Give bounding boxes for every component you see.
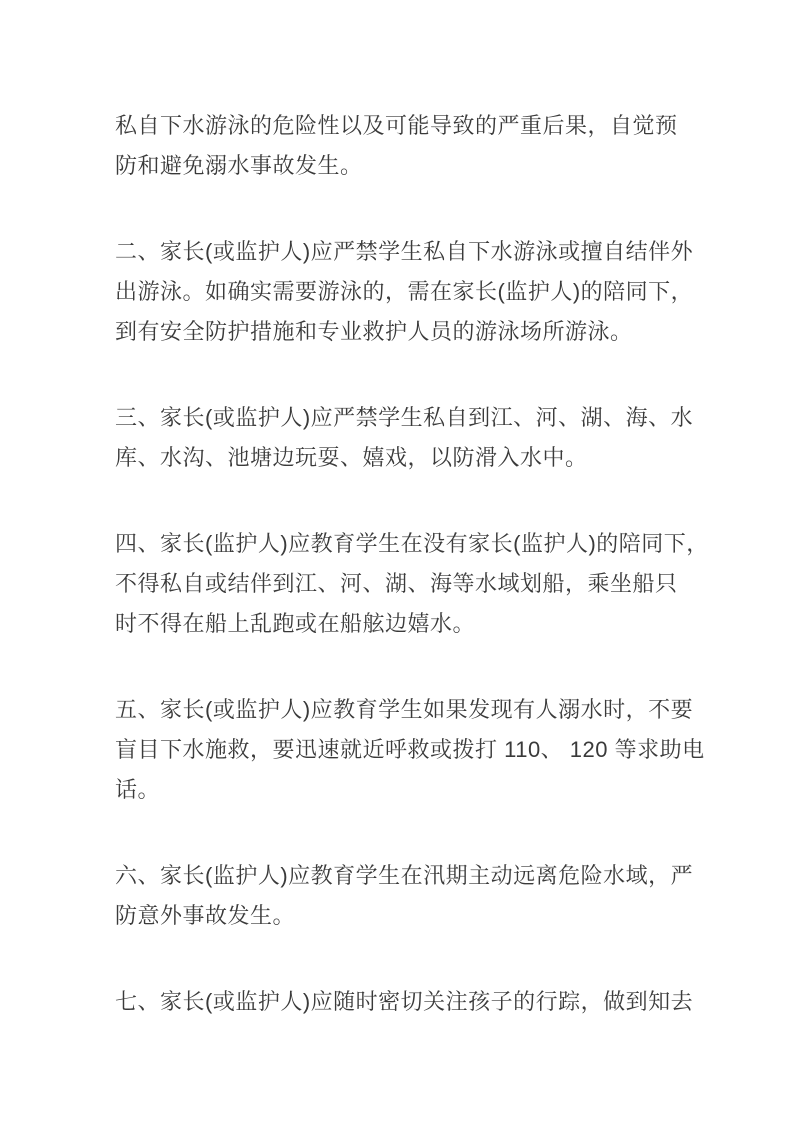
text-line: 六、家长(监护人)应教育学生在汛期主动远离危险水域，严 <box>115 856 678 896</box>
document-body: 私自下水游泳的危险性以及可能导致的严重后果，自觉预防和避免溺水事故发生。二、家长… <box>115 106 678 1022</box>
text-line: 防和避免溺水事故发生。 <box>115 146 678 186</box>
document-page: 私自下水游泳的危险性以及可能导致的严重后果，自觉预防和避免溺水事故发生。二、家长… <box>0 0 793 1122</box>
text-line: 二、家长(或监护人)应严禁学生私自下水游泳或擅自结伴外 <box>115 232 678 272</box>
text-line: 七、家长(或监护人)应随时密切关注孩子的行踪，做到知去 <box>115 982 678 1022</box>
paragraph: 六、家长(监护人)应教育学生在汛期主动远离危险水域，严防意外事故发生。 <box>115 856 678 936</box>
text-line: 盲目下水施救，要迅速就近呼救或拨打 110、 120 等求助电 <box>115 730 678 770</box>
text-line: 私自下水游泳的危险性以及可能导致的严重后果，自觉预 <box>115 106 678 146</box>
paragraph: 五、家长(或监护人)应教育学生如果发现有人溺水时，不要盲目下水施救，要迅速就近呼… <box>115 690 678 810</box>
text-line: 四、家长(监护人)应教育学生在没有家长(监护人)的陪同下， <box>115 524 678 564</box>
paragraph: 私自下水游泳的危险性以及可能导致的严重后果，自觉预防和避免溺水事故发生。 <box>115 106 678 186</box>
paragraph: 四、家长(监护人)应教育学生在没有家长(监护人)的陪同下，不得私自或结伴到江、河… <box>115 524 678 644</box>
text-line: 到有安全防护措施和专业救护人员的游泳场所游泳。 <box>115 312 678 352</box>
text-line: 三、家长(或监护人)应严禁学生私自到江、河、湖、海、水 <box>115 398 678 438</box>
text-line: 话。 <box>115 770 678 810</box>
text-line: 防意外事故发生。 <box>115 896 678 936</box>
text-line: 五、家长(或监护人)应教育学生如果发现有人溺水时，不要 <box>115 690 678 730</box>
paragraph: 七、家长(或监护人)应随时密切关注孩子的行踪，做到知去 <box>115 982 678 1022</box>
text-line: 时不得在船上乱跑或在船舷边嬉水。 <box>115 604 678 644</box>
paragraph: 二、家长(或监护人)应严禁学生私自下水游泳或擅自结伴外出游泳。如确实需要游泳的，… <box>115 232 678 352</box>
text-line: 不得私自或结伴到江、河、湖、海等水域划船，乘坐船只 <box>115 564 678 604</box>
paragraph: 三、家长(或监护人)应严禁学生私自到江、河、湖、海、水库、水沟、池塘边玩耍、嬉戏… <box>115 398 678 478</box>
text-line: 库、水沟、池塘边玩耍、嬉戏，以防滑入水中。 <box>115 438 678 478</box>
text-line: 出游泳。如确实需要游泳的，需在家长(监护人)的陪同下， <box>115 272 678 312</box>
